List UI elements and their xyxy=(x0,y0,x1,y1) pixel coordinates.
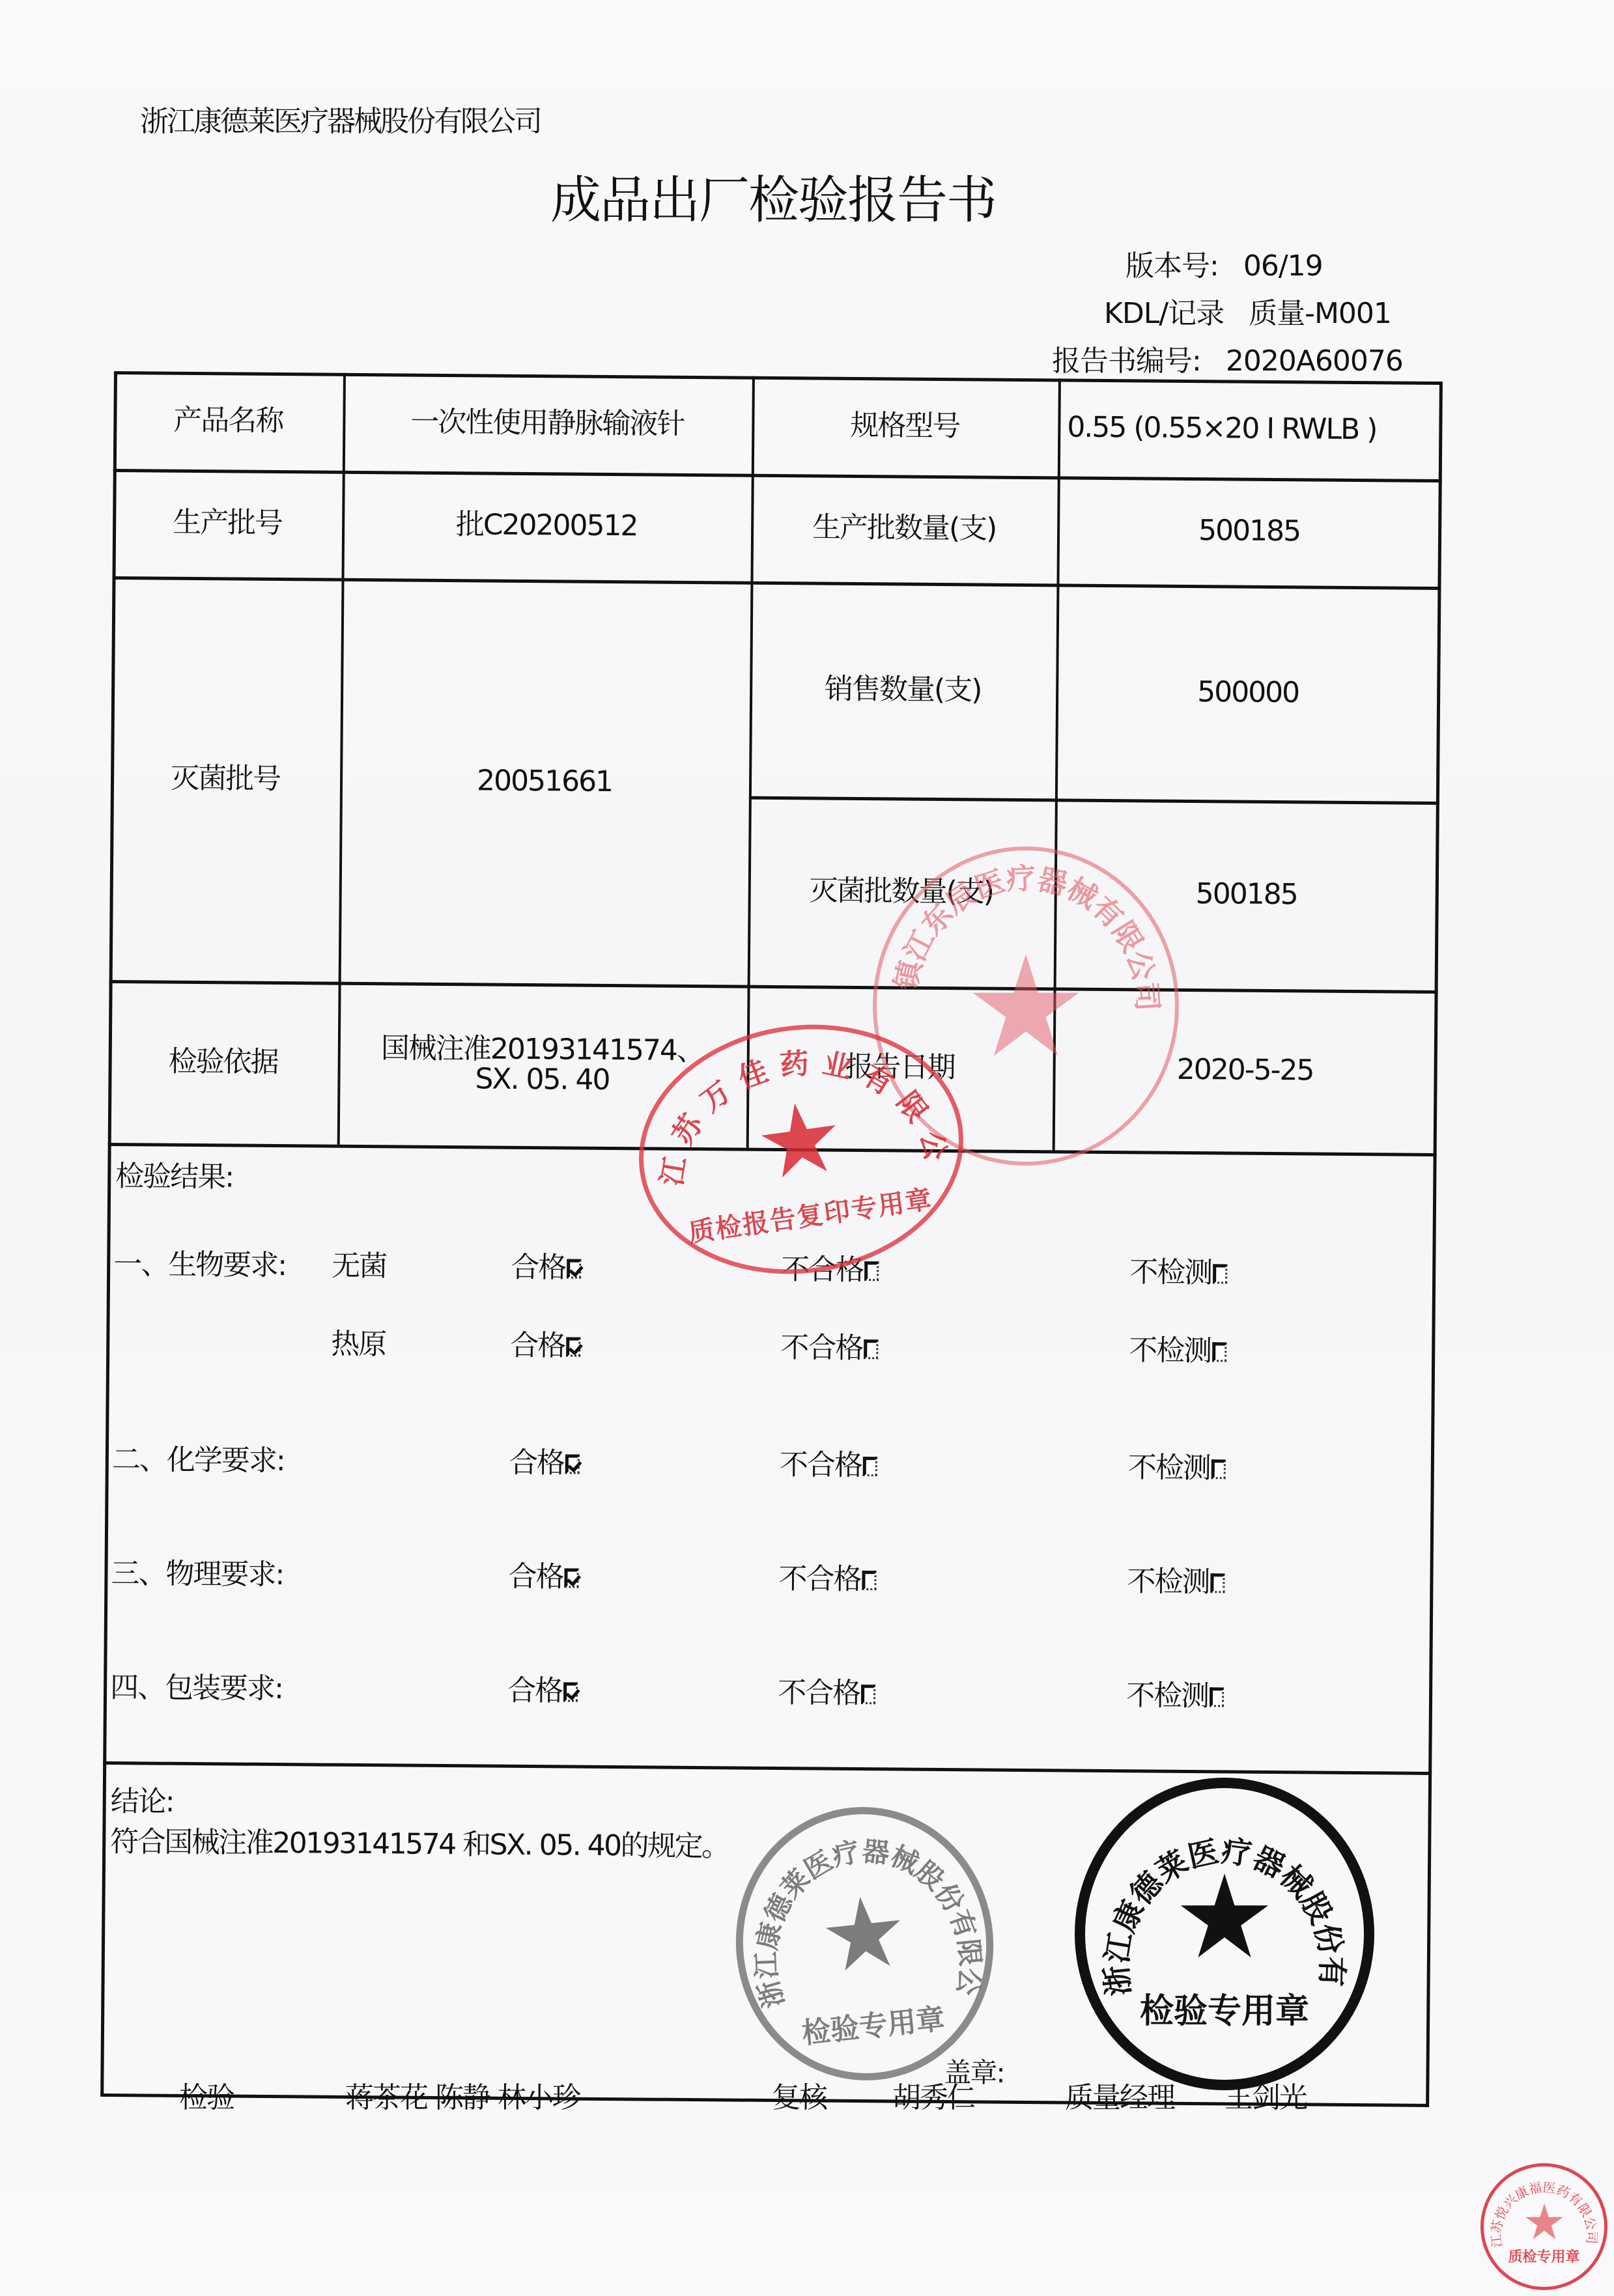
conclusion-text: 符合国械注准20193141574 和SX. 05. 40的规定。 xyxy=(110,1818,729,1864)
spec-label: 规格型号 xyxy=(752,376,1058,477)
empty-checkbox-icon[interactable] xyxy=(861,1685,875,1704)
empty-checkbox-icon[interactable] xyxy=(862,1571,876,1590)
option-label: 不合格 xyxy=(778,1676,860,1710)
empty-checkbox-icon[interactable] xyxy=(863,1457,877,1476)
inspectors: 蒋茶花 陈静 林小珍 xyxy=(345,2074,580,2116)
record-label: KDL/记录 xyxy=(1104,290,1224,331)
option-label: 不合格 xyxy=(781,1253,863,1287)
checked-checkbox-icon[interactable] xyxy=(564,1568,578,1588)
batch-label: 生产批号 xyxy=(113,469,343,578)
basis-line-1: 国械注准20193141574、 xyxy=(381,1033,704,1066)
option-label: 合格 xyxy=(509,1446,564,1480)
version-value: 06/19 xyxy=(1243,249,1323,283)
sales-qty-value: 500000 xyxy=(1055,583,1441,802)
result-option-pass[interactable]: 合格 xyxy=(510,1322,580,1364)
basis-label: 检验依据 xyxy=(108,980,339,1145)
batch-qty-label: 生产批数量(支) xyxy=(750,474,1057,584)
empty-checkbox-icon[interactable] xyxy=(1212,1342,1226,1362)
conclusion-label: 结论: xyxy=(111,1778,174,1820)
result-category: 二、化学要求: xyxy=(112,1436,285,1479)
reviewer: 胡秀仁 xyxy=(892,2074,974,2116)
version-number: 版本号:06/19 xyxy=(1126,242,1323,284)
option-label: 合格 xyxy=(510,1329,565,1363)
result-item: 无菌 xyxy=(332,1242,387,1285)
checked-checkbox-icon[interactable] xyxy=(566,1337,580,1356)
version-label: 版本号: xyxy=(1126,242,1219,284)
sterile-qty-label: 灭菌批数量(支) xyxy=(748,796,1055,988)
basis-value: 国械注准20193141574、 SX. 05. 40 xyxy=(337,982,748,1148)
record-number: KDL/记录质量-M001 xyxy=(1104,290,1391,331)
company-name: 浙江康德莱医疗器械股份有限公司 xyxy=(140,98,541,139)
svg-text:江苏悦兴康福医药有限公司: 江苏悦兴康福医药有限公司 xyxy=(1488,2180,1600,2248)
sterile-qty-value: 500185 xyxy=(1054,798,1439,990)
batch-value: 批C20200512 xyxy=(342,471,752,581)
option-label: 不检测 xyxy=(1129,1255,1211,1289)
result-option-fail[interactable]: 不合格 xyxy=(780,1441,877,1483)
product-name-value: 一次性使用静脉输液针 xyxy=(343,373,752,474)
result-category: 三、物理要求: xyxy=(111,1550,283,1593)
sterile-batch-value: 20051661 xyxy=(339,578,751,985)
seal-bottom-text: 质检专用章 xyxy=(1484,2246,1604,2266)
empty-checkbox-icon[interactable] xyxy=(1213,1264,1227,1283)
basis-line-2: SX. 05. 40 xyxy=(475,1064,609,1095)
seal-ring-text: 江苏悦兴康福医药有限公司 xyxy=(1484,2166,1604,2287)
result-item: 热原 xyxy=(331,1321,386,1363)
spec-value: 0.55 (0.55×20 I RWLB ) xyxy=(1058,378,1443,479)
report-number-label: 报告书编号: xyxy=(1052,337,1201,379)
result-option-fail[interactable]: 不合格 xyxy=(781,1246,879,1288)
option-label: 不合格 xyxy=(778,1562,860,1596)
option-label: 不合格 xyxy=(780,1448,862,1482)
result-option-pass[interactable]: 合格 xyxy=(511,1244,581,1286)
quality-manager: 王剑光 xyxy=(1225,2074,1307,2116)
empty-checkbox-icon[interactable] xyxy=(864,1261,879,1281)
result-option-fail[interactable]: 不合格 xyxy=(780,1324,878,1366)
checked-checkbox-icon[interactable] xyxy=(565,1454,580,1474)
star-icon xyxy=(1525,2202,1564,2241)
result-option-not-tested[interactable]: 不检测 xyxy=(1129,1248,1227,1291)
report-page: 浙江康德莱医疗器械股份有限公司 成品出厂检验报告书 版本号:06/19 KDL/… xyxy=(0,0,1614,2296)
option-label: 不检测 xyxy=(1129,1334,1211,1367)
record-value: 质量-M001 xyxy=(1249,290,1391,331)
qm-label: 质量经理 xyxy=(1065,2074,1174,2116)
report-table: 产品名称 一次性使用静脉输液针 规格型号 0.55 (0.55×20 I RWL… xyxy=(100,371,1443,2107)
empty-checkbox-icon[interactable] xyxy=(1211,1459,1226,1479)
checked-checkbox-icon[interactable] xyxy=(563,1682,578,1701)
result-option-not-tested[interactable]: 不检测 xyxy=(1126,1672,1224,1714)
option-label: 合格 xyxy=(508,1560,563,1594)
option-label: 不检测 xyxy=(1127,1565,1209,1599)
result-option-fail[interactable]: 不合格 xyxy=(778,1555,876,1597)
option-label: 不合格 xyxy=(780,1331,862,1365)
result-option-pass[interactable]: 合格 xyxy=(507,1667,578,1709)
document-title: 成品出厂检验报告书 xyxy=(550,160,996,232)
inspect-label: 检验 xyxy=(179,2074,234,2116)
result-option-pass[interactable]: 合格 xyxy=(509,1439,580,1481)
sterile-batch-label: 灭菌批号 xyxy=(109,576,342,982)
result-option-fail[interactable]: 不合格 xyxy=(778,1669,875,1711)
result-option-not-tested[interactable]: 不检测 xyxy=(1129,1326,1226,1369)
corner-seal-stamp: 江苏悦兴康福医药有限公司 质检专用章 xyxy=(1480,2163,1607,2290)
result-category: 四、包装要求: xyxy=(110,1664,283,1707)
report-date-label: 报告日期 xyxy=(746,985,1054,1151)
results-title: 检验结果: xyxy=(115,1153,233,1195)
batch-qty-value: 500185 xyxy=(1056,476,1441,587)
sales-qty-label: 销售数量(支) xyxy=(749,581,1057,799)
review-label: 复核 xyxy=(772,2074,827,2116)
empty-checkbox-icon[interactable] xyxy=(1210,1573,1225,1593)
option-label: 合格 xyxy=(511,1251,565,1285)
option-label: 不检测 xyxy=(1126,1679,1208,1713)
result-category: 一、生物要求: xyxy=(113,1240,286,1283)
result-option-not-tested[interactable]: 不检测 xyxy=(1127,1558,1225,1600)
checked-checkbox-icon[interactable] xyxy=(567,1259,581,1279)
empty-checkbox-icon[interactable] xyxy=(1210,1687,1224,1707)
report-number-value: 2020A60076 xyxy=(1226,344,1403,378)
report-number: 报告书编号:2020A60076 xyxy=(1052,337,1403,379)
option-label: 不检测 xyxy=(1128,1451,1210,1485)
report-date-value: 2020-5-25 xyxy=(1053,987,1438,1153)
empty-checkbox-icon[interactable] xyxy=(864,1339,878,1359)
result-option-pass[interactable]: 合格 xyxy=(508,1553,578,1595)
option-label: 合格 xyxy=(507,1674,562,1708)
product-name-label: 产品名称 xyxy=(113,371,343,471)
result-option-not-tested[interactable]: 不检测 xyxy=(1128,1444,1226,1486)
